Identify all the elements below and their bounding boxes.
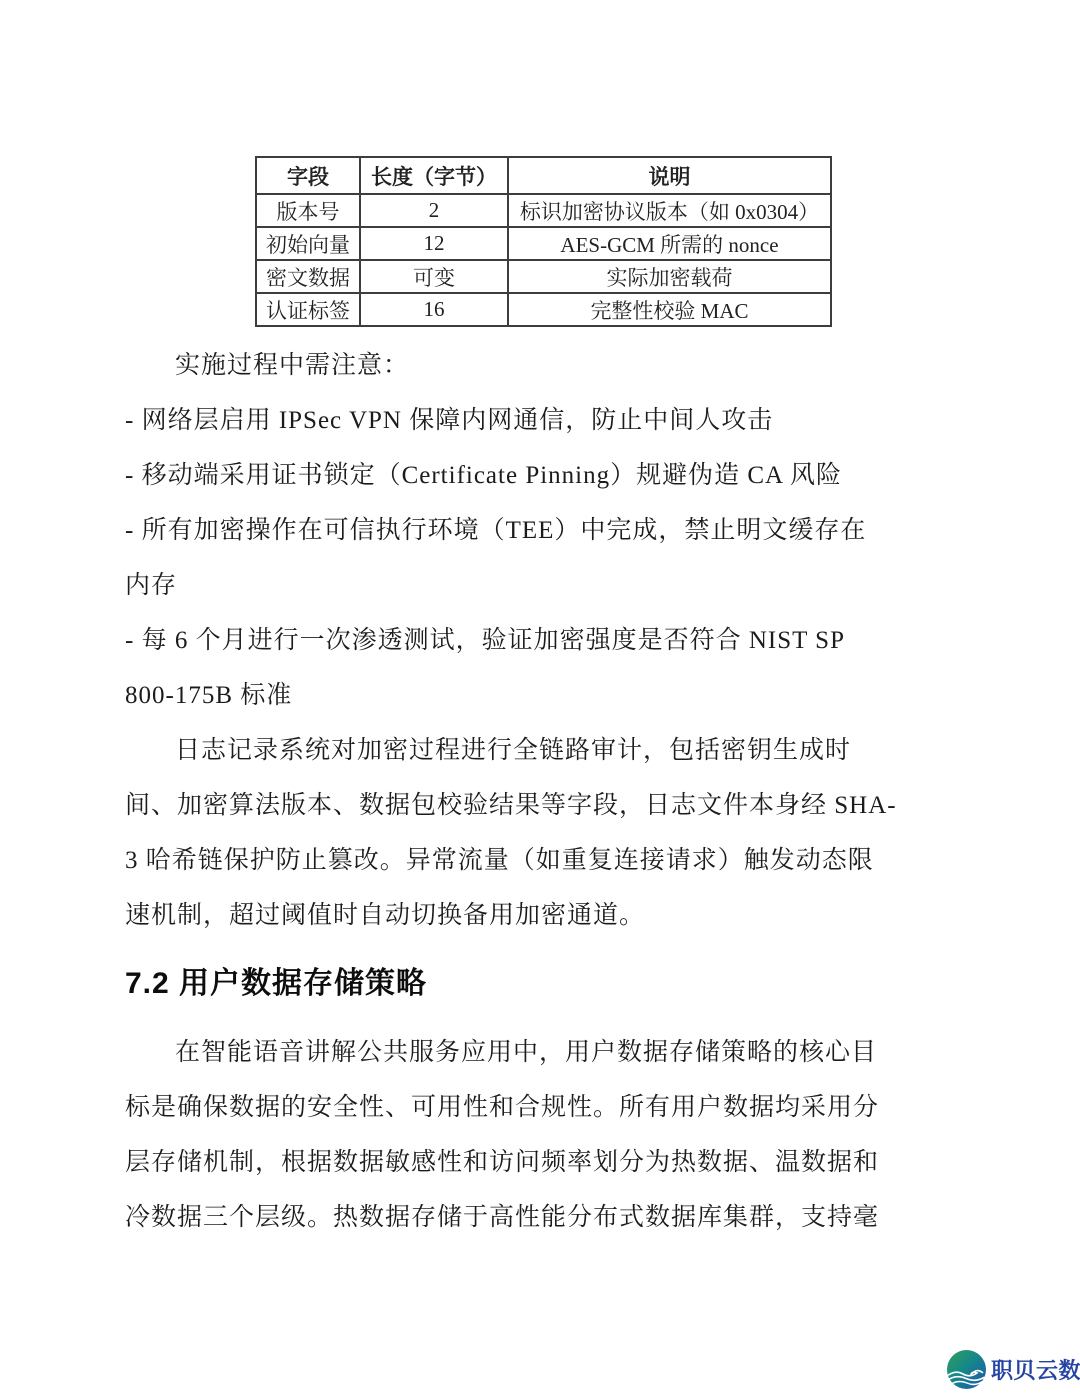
document-page: 字段 长度（字节） 说明 版本号 2 标识加密协议版本（如 0x0304） 初始…	[0, 0, 1080, 1397]
bullet-line: - 网络层启用 IPSec VPN 保障内网通信，防止中间人攻击	[125, 393, 957, 448]
table-header-field: 字段	[256, 157, 360, 194]
wave-globe-icon	[946, 1349, 987, 1390]
section-heading: 7.2 用户数据存储策略	[125, 962, 427, 1006]
footer-logo: 职贝云数	[946, 1349, 1080, 1390]
table-row: 初始向量 12 AES-GCM 所需的 nonce	[256, 227, 831, 260]
table-header-row: 字段 长度（字节） 说明	[256, 157, 831, 194]
cell-length: 12	[360, 227, 508, 260]
cell-field: 认证标签	[256, 293, 360, 326]
paragraph-line: 日志记录系统对加密过程进行全链路审计，包括密钥生成时	[125, 723, 957, 778]
table-row: 版本号 2 标识加密协议版本（如 0x0304）	[256, 194, 831, 227]
bullet-line: - 每 6 个月进行一次渗透测试，验证加密强度是否符合 NIST SP	[125, 613, 957, 668]
paragraph-line: 标是确保数据的安全性、可用性和合规性。所有用户数据均采用分	[125, 1080, 957, 1135]
cell-description: 实际加密载荷	[508, 260, 831, 293]
encryption-packet-table: 字段 长度（字节） 说明 版本号 2 标识加密协议版本（如 0x0304） 初始…	[255, 156, 832, 327]
table-header-description: 说明	[508, 157, 831, 194]
cell-field: 初始向量	[256, 227, 360, 260]
cell-description: 完整性校验 MAC	[508, 293, 831, 326]
paragraph-line: 间、加密算法版本、数据包校验结果等字段，日志文件本身经 SHA-	[125, 778, 957, 833]
bullet-continuation-line: 800-175B 标准	[125, 668, 957, 723]
cell-description: AES-GCM 所需的 nonce	[508, 227, 831, 260]
paragraph-line: 冷数据三个层级。热数据存储于高性能分布式数据库集群，支持毫	[125, 1190, 957, 1245]
logo-text: 职贝云数	[991, 1354, 1080, 1385]
cell-field: 密文数据	[256, 260, 360, 293]
cell-field: 版本号	[256, 194, 360, 227]
bullet-line: - 所有加密操作在可信执行环境（TEE）中完成，禁止明文缓存在	[125, 503, 957, 558]
paragraph-line: 3 哈希链保护防止篡改。异常流量（如重复连接请求）触发动态限	[125, 833, 957, 888]
cell-length: 2	[360, 194, 508, 227]
table-row: 认证标签 16 完整性校验 MAC	[256, 293, 831, 326]
cell-length: 16	[360, 293, 508, 326]
table-row: 密文数据 可变 实际加密载荷	[256, 260, 831, 293]
implementation-notes-block: 实施过程中需注意： - 网络层启用 IPSec VPN 保障内网通信，防止中间人…	[125, 338, 957, 943]
paragraph-line: 速机制，超过阈值时自动切换备用加密通道。	[125, 888, 957, 943]
cell-length: 可变	[360, 260, 508, 293]
paragraph-line: 层存储机制，根据数据敏感性和访问频率划分为热数据、温数据和	[125, 1135, 957, 1190]
cell-description: 标识加密协议版本（如 0x0304）	[508, 194, 831, 227]
storage-strategy-block: 在智能语音讲解公共服务应用中，用户数据存储策略的核心目 标是确保数据的安全性、可…	[125, 1025, 957, 1245]
bullet-continuation-line: 内存	[125, 558, 957, 613]
paragraph-line: 在智能语音讲解公共服务应用中，用户数据存储策略的核心目	[125, 1025, 957, 1080]
paragraph-line: 实施过程中需注意：	[125, 338, 957, 393]
table-header-length: 长度（字节）	[360, 157, 508, 194]
bullet-line: - 移动端采用证书锁定（Certificate Pinning）规避伪造 CA …	[125, 448, 957, 503]
